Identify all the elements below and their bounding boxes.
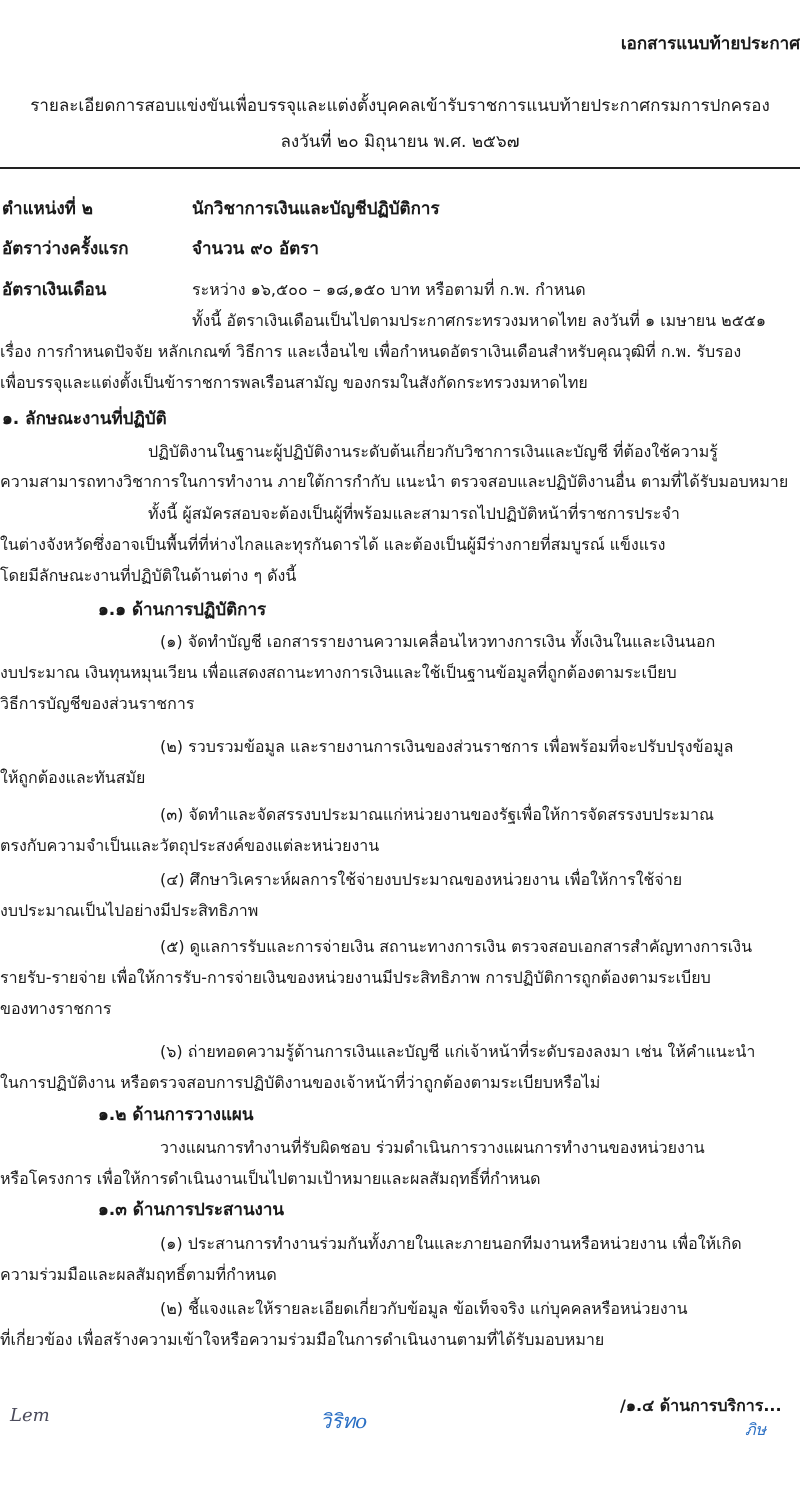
list-item-line: (๑) ประสานการทำงานร่วมกันทั้งภายในและภาย… (160, 1232, 742, 1257)
vacancies-value: จำนวน ๙๐ อัตรา (192, 235, 319, 262)
salary-label: อัตราเงินเดือน (2, 276, 106, 303)
list-item-line: วางแผนการทำงานที่รับผิดชอบ ร่วมดำเนินการ… (160, 1136, 705, 1161)
document-title: รายละเอียดการสอบแข่งขันเพื่อบรรจุและแต่ง… (0, 92, 800, 119)
header-divider (0, 167, 800, 169)
salary-note-line: เพื่อบรรจุและแต่งตั้งเป็นข้าราชการพลเรือ… (0, 371, 588, 396)
paragraph-line: ทั้งนี้ ผู้สมัครสอบจะต้องเป็นผู้ที่พร้อม… (148, 502, 680, 527)
salary-note-line: เรื่อง การกำหนดปัจจัย หลักเกณฑ์ วิธีการ … (0, 340, 741, 365)
paragraph-line: ในต่างจังหวัดซึ่งอาจเป็นพื้นที่ที่ห่างไก… (0, 533, 665, 558)
signature-right: ภิษ (745, 1418, 766, 1443)
list-item-line: ของทางราชการ (0, 997, 111, 1022)
continued-marker: /๑.๔ ด้านการบริการ... (620, 1394, 782, 1419)
paragraph-line: ปฏิบัติงานในฐานะผู้ปฏิบัติงานระดับต้นเกี… (148, 440, 718, 465)
list-item-line: (๔) ศึกษาวิเคราะห์ผลการใช้จ่ายงบประมาณขอ… (160, 868, 682, 893)
subsection-heading: ๑.๓ ด้านการประสานงาน (98, 1196, 284, 1223)
list-item-line: ในการปฏิบัติงาน หรือตรวจสอบการปฏิบัติงาน… (0, 1071, 600, 1096)
subsection-heading: ๑.๑ ด้านการปฏิบัติการ (98, 596, 266, 623)
salary-note-line: ทั้งนี้ อัตราเงินเดือนเป็นไปตามประกาศกระ… (192, 309, 766, 334)
paragraph-line: โดยมีลักษณะงานที่ปฏิบัติในด้านต่าง ๆ ดัง… (0, 564, 296, 589)
list-item-line: ให้ถูกต้องและทันสมัย (0, 766, 145, 791)
signature-center: วิริทo (320, 1405, 367, 1437)
list-item-line: ที่เกี่ยวข้อง เพื่อสร้างความเข้าใจหรือคว… (0, 1328, 604, 1353)
list-item-line: วิธีการบัญชีของส่วนราชการ (0, 692, 194, 717)
attachment-label: เอกสารแนบท้ายประกาศ (621, 30, 800, 57)
list-item-line: ความร่วมมือและผลสัมฤทธิ์ตามที่กำหนด (0, 1263, 277, 1288)
section-heading: ๑. ลักษณะงานที่ปฏิบัติ (2, 405, 167, 432)
position-value: นักวิชาการเงินและบัญชีปฏิบัติการ (192, 195, 440, 222)
position-label: ตำแหน่งที่ ๒ (2, 195, 93, 222)
vacancies-label: อัตราว่างครั้งแรก (2, 235, 129, 262)
list-item-line: (๖) ถ่ายทอดความรู้ด้านการเงินและบัญชี แก… (160, 1040, 755, 1065)
document-page: เอกสารแนบท้ายประกาศ รายละเอียดการสอบแข่ง… (0, 0, 800, 1486)
paragraph-line: ความสามารถทางวิชาการในการทำงาน ภายใต้การ… (0, 470, 788, 495)
list-item-line: งบประมาณ เงินทุนหมุนเวียน เพื่อแสดงสถานะ… (0, 661, 677, 686)
list-item-line: (๓) จัดทำและจัดสรรงบประมาณแก่หน่วยงานของ… (160, 803, 714, 828)
list-item-line: หรือโครงการ เพื่อให้การดำเนินงานเป็นไปตา… (0, 1167, 541, 1192)
list-item-line: (๕) ดูแลการรับและการจ่ายเงิน สถานะทางการ… (160, 935, 752, 960)
list-item-line: (๒) ชี้แจงและให้รายละเอียดเกี่ยวกับข้อมู… (160, 1297, 688, 1322)
signature-left: Lem (10, 1405, 50, 1426)
list-item-line: รายรับ-รายจ่าย เพื่อให้การรับ-การจ่ายเงิ… (0, 966, 711, 991)
list-item-line: (๒) รวบรวมข้อมูล และรายงานการเงินของส่วน… (160, 735, 733, 760)
subsection-heading: ๑.๒ ด้านการวางแผน (98, 1101, 253, 1128)
list-item-line: (๑) จัดทำบัญชี เอกสารรายงานความเคลื่อนไห… (160, 630, 715, 655)
salary-value: ระหว่าง ๑๖,๕๐๐ – ๑๘,๑๕๐ บาท หรือตามที่ ก… (192, 278, 586, 303)
document-date: ลงวันที่ ๒๐ มิถุนายน พ.ศ. ๒๕๖๗ (0, 128, 800, 155)
list-item-line: งบประมาณเป็นไปอย่างมีประสิทธิภาพ (0, 899, 258, 924)
list-item-line: ตรงกับความจำเป็นและวัตถุประสงค์ของแต่ละห… (0, 834, 379, 859)
